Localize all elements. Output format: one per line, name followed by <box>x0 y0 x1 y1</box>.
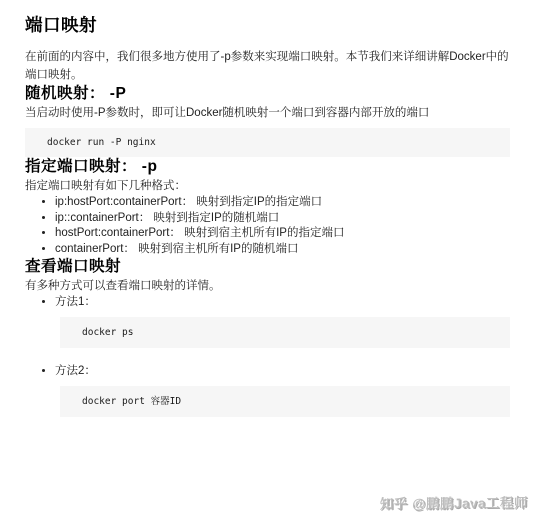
section-heading-specified-mapping: 指定端口映射： -p <box>25 157 510 177</box>
list-item: ip::containerPort： 映射到指定IP的随机端口 <box>55 211 510 227</box>
code-block-docker-ps: docker ps <box>60 317 510 348</box>
list-item-method-1: 方法1： docker ps <box>55 295 510 348</box>
method-1-label: 方法1： <box>55 296 96 308</box>
code-block-docker-port: docker port 容器ID <box>60 386 510 417</box>
random-mapping-paragraph: 当启动时使用-P参数时，即可让Docker随机映射一个端口到容器内部开放的端口 <box>25 104 510 122</box>
page-title: 端口映射 <box>25 14 510 36</box>
section-heading-view-mapping: 查看端口映射 <box>25 257 510 277</box>
intro-paragraph: 在前面的内容中，我们很多地方使用了-p参数来实现端口映射。本节我们来详细讲解Do… <box>25 48 510 84</box>
port-format-list: ip:hostPort:containerPort： 映射到指定IP的指定端口 … <box>25 195 510 257</box>
specified-mapping-paragraph: 指定端口映射有如下几种格式： <box>25 177 510 195</box>
view-mapping-paragraph: 有多种方式可以查看端口映射的详情。 <box>25 277 510 295</box>
article: 端口映射 在前面的内容中，我们很多地方使用了-p参数来实现端口映射。本节我们来详… <box>0 0 534 417</box>
list-item: containerPort： 映射到宿主机所有IP的随机端口 <box>55 242 510 258</box>
method-list: 方法1： docker ps 方法2： docker port 容器ID <box>25 295 510 417</box>
zhihu-watermark: 知乎 @鹏鹏Java工程师 <box>380 491 528 512</box>
list-item: hostPort:containerPort： 映射到宿主机所有IP的指定端口 <box>55 226 510 242</box>
method-2-label: 方法2： <box>55 365 96 377</box>
section-heading-random-mapping: 随机映射： -P <box>25 84 510 104</box>
list-item: ip:hostPort:containerPort： 映射到指定IP的指定端口 <box>55 195 510 211</box>
list-item-method-2: 方法2： docker port 容器ID <box>55 364 510 417</box>
code-block-docker-run: docker run -P nginx <box>25 128 510 157</box>
